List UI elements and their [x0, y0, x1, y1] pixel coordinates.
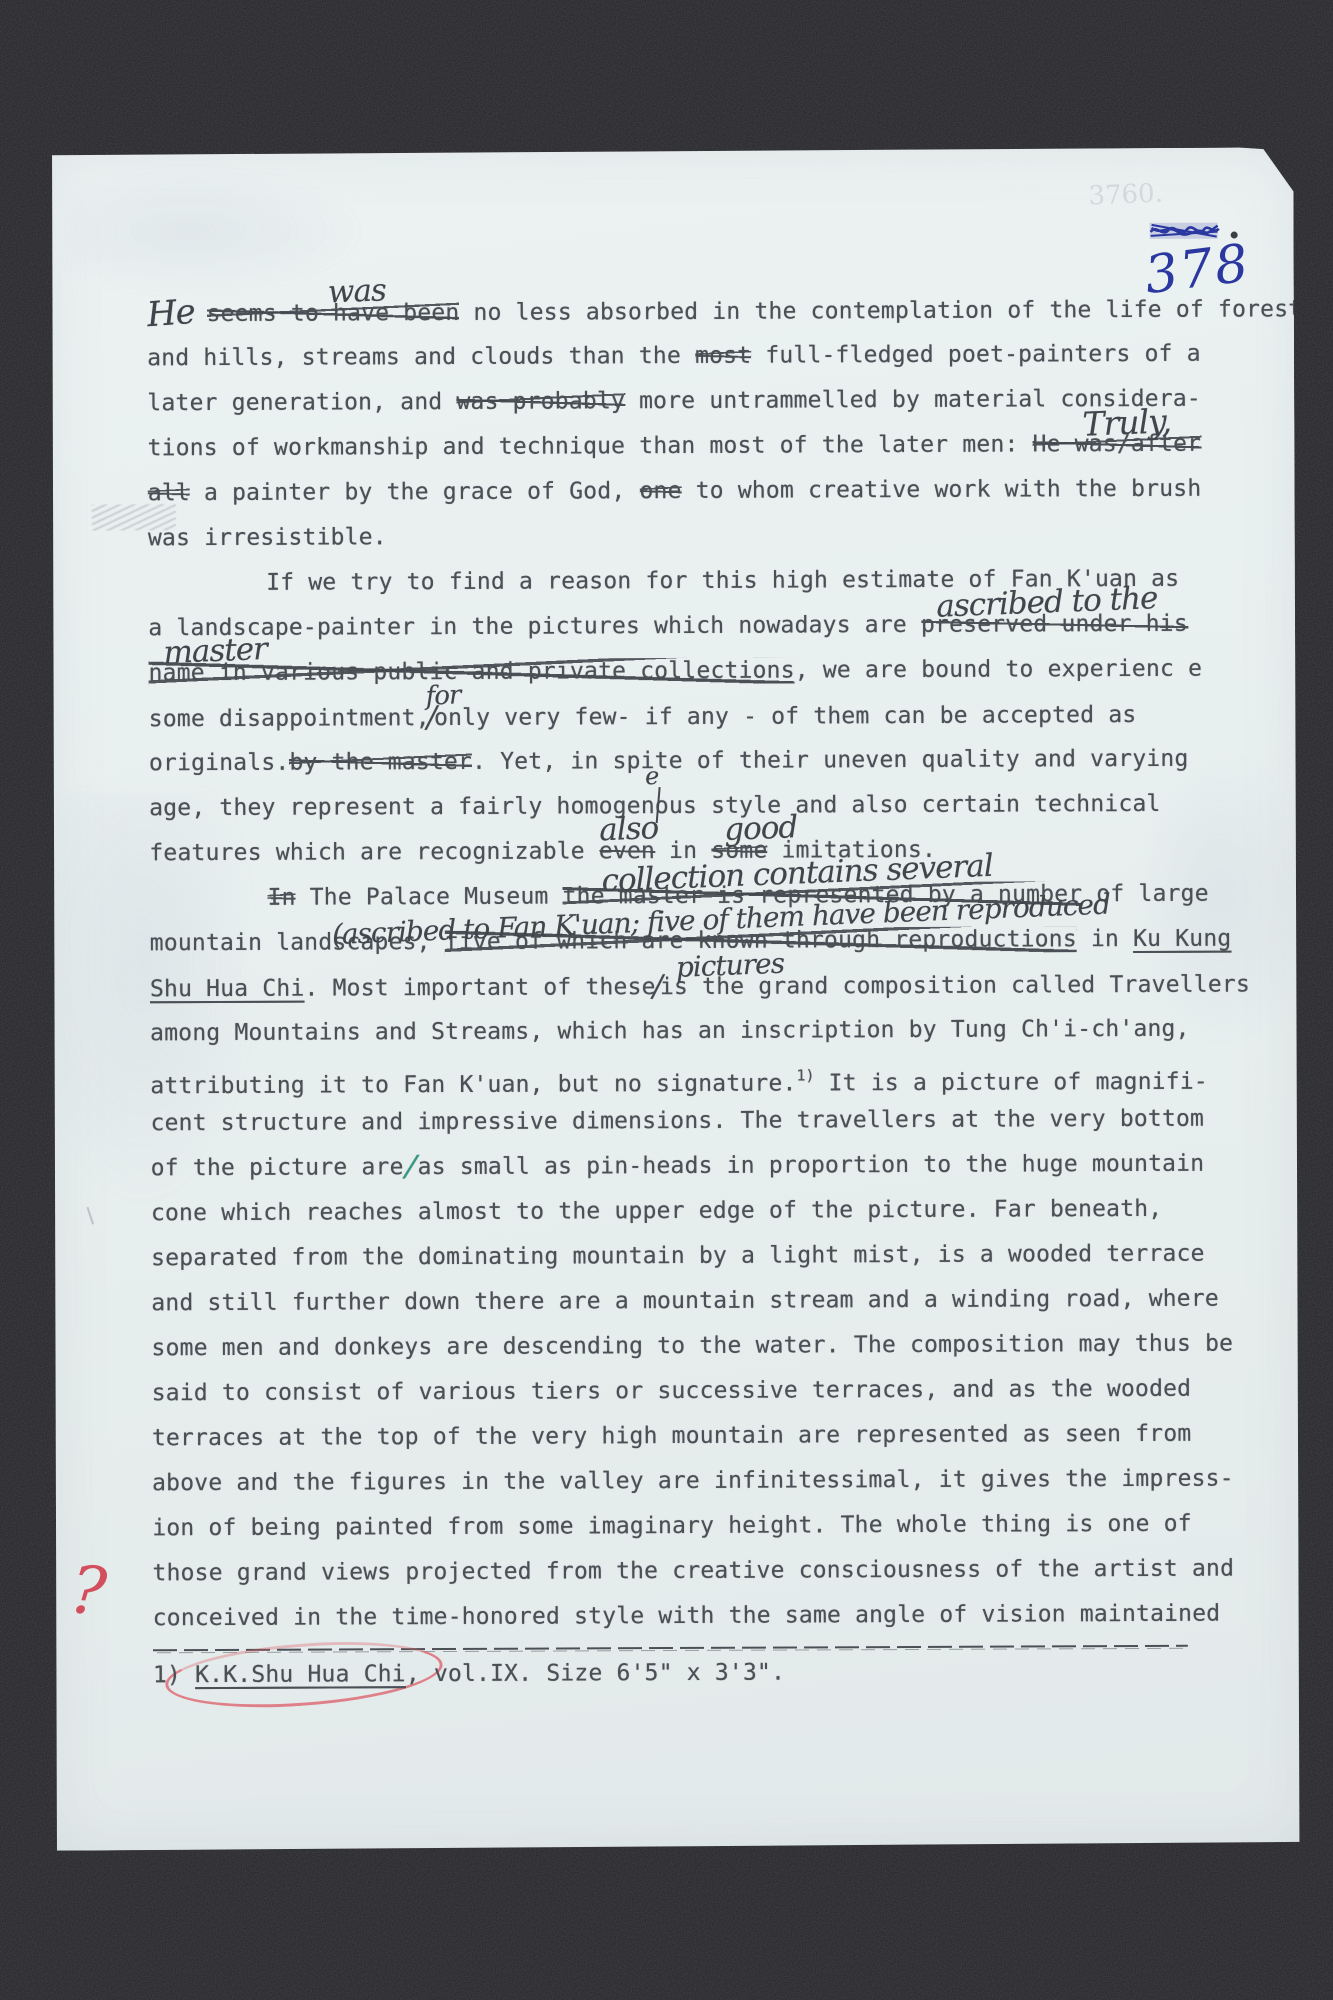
text-line: attributing it to Fan K'uan, but no sign… — [150, 1051, 1297, 1101]
text-line: mastername in various public and private… — [148, 646, 1295, 696]
text-line: some men and donkeys are descending to t… — [151, 1321, 1298, 1371]
annotation-text: e — [644, 754, 659, 799]
annotation-text: pictures — [675, 941, 785, 990]
underlined-text: Shu Hua Chi — [150, 976, 305, 1003]
text-line: a landscape-painter in the pictures whic… — [148, 601, 1295, 651]
footnote-marker: 1) — [796, 1066, 814, 1084]
body-paragraphs: He wasseems to have been no less absorbe… — [147, 286, 1300, 1641]
red-question-mark: ? — [67, 1551, 110, 1631]
typed-text: cent structure and impressive dimensions… — [150, 1106, 1204, 1137]
text-line: cone which reaches almost to the upper e… — [151, 1186, 1298, 1236]
underlined-text: Ku Kung — [1133, 926, 1231, 952]
struck-text: one — [639, 478, 681, 504]
footnote-line: 1) K.K.Shu Hua Chi, vol.IX. Size 6'5" x … — [153, 1648, 1300, 1698]
text-line: all a painter by the grace of God, one t… — [148, 466, 1295, 516]
typed-text: and still further down there are a mount… — [151, 1286, 1219, 1317]
typed-text: and hills, streams and clouds than the — [147, 343, 695, 371]
text-line: and still further down there are a mount… — [151, 1276, 1298, 1326]
text-line: cent structure and impressive dimensions… — [150, 1096, 1297, 1146]
typed-text: in — [1077, 926, 1133, 952]
typed-text: some disappointment, — [149, 705, 430, 732]
text-line: separated from the dominating mountain b… — [151, 1231, 1298, 1281]
typed-text: said to consist of various tiers or succ… — [152, 1376, 1192, 1407]
typed-text: as small as pin-heads in proportion to t… — [418, 1151, 1205, 1180]
typed-text: , vol.IX. Size 6'5" x 3'3". — [406, 1660, 785, 1688]
typed-text: separated from the dominating mountain b… — [151, 1241, 1205, 1272]
text-line: tions of workmanship and technique than … — [147, 421, 1294, 471]
typed-text: 1) — [153, 1662, 195, 1688]
typed-text: , we are bound to experienc e — [795, 656, 1202, 684]
text-line: said to consist of various tiers or succ… — [152, 1366, 1299, 1416]
text-line: terraces at the top of the very high mou… — [152, 1411, 1299, 1461]
annotation-text: Truly, — [1082, 398, 1172, 446]
typed-text: among Mountains and Streams, which has a… — [150, 1016, 1190, 1047]
photograph-of-typescript: { "page": { "number": "378", "stamp": "c… — [0, 0, 1333, 2000]
annotation-text: for — [425, 673, 461, 719]
typed-text-block: He wasseems to have been no less absorbe… — [147, 286, 1300, 1698]
text-line: was irresistible. — [148, 511, 1295, 561]
text-line: some disappointment,for/only very few- i… — [149, 691, 1296, 741]
text-line: originals.by the master. Yet, in spite o… — [149, 736, 1296, 786]
typed-text: cone which reaches almost to the upper e… — [151, 1196, 1163, 1226]
text-line: ion of being painted from some imaginary… — [152, 1501, 1299, 1551]
typed-text: above and the figures in the valley are … — [152, 1466, 1234, 1497]
typed-text: later generation, and — [147, 389, 456, 416]
handwritten-word: He — [145, 289, 206, 338]
annotation-text: master — [163, 627, 268, 676]
struck-text: most — [695, 343, 751, 369]
faint-stamp: 3760. — [1088, 179, 1164, 212]
typed-text: to whom creative work with the brush — [682, 476, 1202, 504]
typed-text: was irresistible. — [148, 524, 387, 551]
typed-text: . Yet, in spite of their uneven quality … — [472, 746, 1189, 775]
underlined-text: K.K.Shu Hua Chi — [195, 1661, 406, 1688]
typed-text: attributing it to Fan K'uan, but no sign… — [150, 1070, 796, 1099]
typed-text: no less absorbed in the contemplation of… — [459, 296, 1300, 326]
text-line: age, they represent a fairly homogeneous… — [149, 781, 1296, 831]
typed-text: conceived in the time-honored style with… — [153, 1601, 1221, 1632]
struck-text: all — [148, 480, 190, 506]
text-line: those grand views projected from the cre… — [152, 1546, 1299, 1596]
typed-text: tions of workmanship and technique than … — [148, 431, 1033, 461]
annotation-text: was — [327, 268, 387, 315]
typed-text: originals. — [149, 750, 290, 777]
struck-text: by the master — [289, 749, 472, 776]
typed-text: only very few- if any - of them can be a… — [434, 702, 1136, 731]
text-line: of the picture are/as small as pin-heads… — [151, 1141, 1298, 1191]
text-line: He wasseems to have been no less absorbe… — [147, 286, 1294, 336]
typed-text: those grand views projected from the cre… — [152, 1556, 1234, 1587]
bleedthrough-ghost — [68, 165, 369, 296]
text-line: and hills, streams and clouds than the m… — [147, 331, 1294, 381]
text-line: Shu Hua Chi. Most important of thesepict… — [150, 961, 1297, 1011]
typed-text: some men and donkeys are descending to t… — [151, 1331, 1233, 1362]
typed-text: ion of being painted from some imaginary… — [152, 1511, 1192, 1542]
footnote: 1) K.K.Shu Hua Chi, vol.IX. Size 6'5" x … — [153, 1648, 1300, 1698]
text-line: above and the figures in the valley are … — [152, 1456, 1299, 1506]
annotation-text: also — [598, 806, 659, 853]
text-line: conceived in the time-honored style with… — [153, 1591, 1300, 1641]
typed-text: terraces at the top of the very high mou… — [152, 1421, 1192, 1452]
typed-text: full-fledged poet-painters of a — [751, 341, 1201, 369]
text-line: among Mountains and Streams, which has a… — [150, 1006, 1297, 1056]
annotation-text: ascribed to the — [935, 576, 1158, 630]
annotation-text: good — [723, 805, 798, 853]
typed-text: a painter by the grace of God, — [190, 478, 640, 506]
struck-text: was probably — [456, 388, 625, 415]
typed-text: . Most important of these — [304, 974, 655, 1002]
typed-text: features which are recognizable — [149, 838, 599, 866]
pencil-tick — [87, 1202, 108, 1224]
typed-text: It is a picture of magnifi- — [815, 1069, 1208, 1097]
manuscript-page: 3760. 378 ? He wasseems to have been no … — [48, 147, 1300, 1850]
typed-text: of the picture are — [151, 1154, 404, 1181]
text-line: 1) K.K.Shu Hua Chi, vol.IX. Size 6'5" x … — [153, 1648, 1300, 1698]
typed-text: age, they represent a fairly homogen — [149, 793, 655, 821]
struck-text: In — [267, 885, 295, 911]
